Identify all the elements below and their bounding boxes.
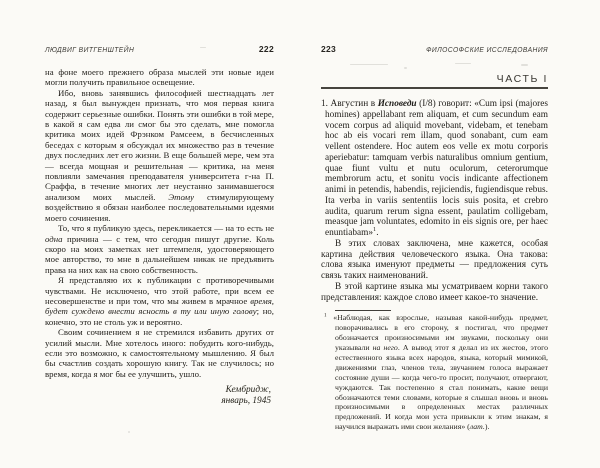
left-page-text: на фоне моего прежнего образа мыслей эти… xyxy=(45,67,274,379)
text-segment: В этих словах заключена, мне кажется, ос… xyxy=(321,239,548,281)
signature-line: январь, 1945 xyxy=(45,396,271,407)
paragraph: В этих словах заключена, мне кажется, ос… xyxy=(321,239,548,282)
paragraph: Своим сочинением я не стремился избавить… xyxy=(45,327,274,379)
part-label: ЧАСТЬ I xyxy=(321,73,548,85)
paragraph: 1. Августин в Исповеди (I/8) говорит: «C… xyxy=(321,99,548,239)
paragraph: 1 «Наблюдая, как взрослые, называя какой… xyxy=(321,313,548,432)
page-number-left: 222 xyxy=(259,44,274,54)
text-segment: То, что я публикую здесь, перекликается … xyxy=(58,223,274,233)
text-segment: одна xyxy=(45,234,63,244)
left-page-header: ЛЮДВИГ ВИТГЕНШТЕЙН 222 xyxy=(45,44,274,54)
text-segment: Этому xyxy=(168,192,194,202)
paragraph: Ибо, вновь занявшись философией шестнадц… xyxy=(45,88,274,223)
text-segment: 1. Августин в xyxy=(321,99,378,109)
text-segment: Я представляю их к публикации с противор… xyxy=(45,275,274,306)
text-segment: В этой картине языка мы усматриваем корн… xyxy=(321,282,548,303)
running-head-title: ФИЛОСОФСКИЕ ИССЛЕДОВАНИЯ xyxy=(426,47,548,54)
signature-line: Кембридж, xyxy=(45,385,271,396)
text-segment: на фоне моего прежнего образа мыслей эти… xyxy=(45,67,274,87)
signature-block: Кембридж,январь, 1945 xyxy=(45,385,274,408)
paragraph: Я представляю их к публикации с противор… xyxy=(45,275,274,327)
right-page-text: 1. Августин в Исповеди (I/8) говорит: «C… xyxy=(321,99,548,303)
text-segment: причина — с тем, что сегодня пишут други… xyxy=(45,234,274,275)
part-rule xyxy=(321,87,548,89)
right-page: 223 ФИЛОСОФСКИЕ ИССЛЕДОВАНИЯ ЧАСТЬ I 1. … xyxy=(321,0,548,432)
text-segment: . А вывод этот я делал из их жестов, это… xyxy=(335,343,548,431)
text-segment: Своим сочинением я не стремился избавить… xyxy=(45,327,274,379)
left-page: ЛЮДВИГ ВИТГЕНШТЕЙН 222 на фоне моего пре… xyxy=(45,0,274,408)
text-segment: . xyxy=(376,228,378,238)
paragraph: В этой картине языка мы усматриваем корн… xyxy=(321,282,548,304)
scan-smudge xyxy=(128,431,130,433)
text-segment: лат. xyxy=(470,422,485,431)
text-segment: Исповеди xyxy=(378,99,417,109)
text-segment: на него xyxy=(373,343,398,352)
text-segment: Ибо, вновь занявшись философией шестнадц… xyxy=(45,88,274,202)
page-number-right: 223 xyxy=(321,44,336,54)
running-head-author: ЛЮДВИГ ВИТГЕНШТЕЙН xyxy=(45,47,134,54)
footnote: 1 «Наблюдая, как взрослые, называя какой… xyxy=(321,313,548,432)
paragraph: То, что я публикую здесь, перекликается … xyxy=(45,223,274,275)
right-page-header: 223 ФИЛОСОФСКИЕ ИССЛЕДОВАНИЯ xyxy=(321,44,548,54)
paragraph: на фоне моего прежнего образа мыслей эти… xyxy=(45,67,274,88)
text-segment: (I/8) говорит: «Cum ipsi (majores homine… xyxy=(325,99,548,238)
book-spread: ЛЮДВИГ ВИТГЕНШТЕЙН 222 на фоне моего пре… xyxy=(0,0,600,468)
text-segment: ). xyxy=(485,422,490,431)
footnote-separator xyxy=(335,310,391,311)
